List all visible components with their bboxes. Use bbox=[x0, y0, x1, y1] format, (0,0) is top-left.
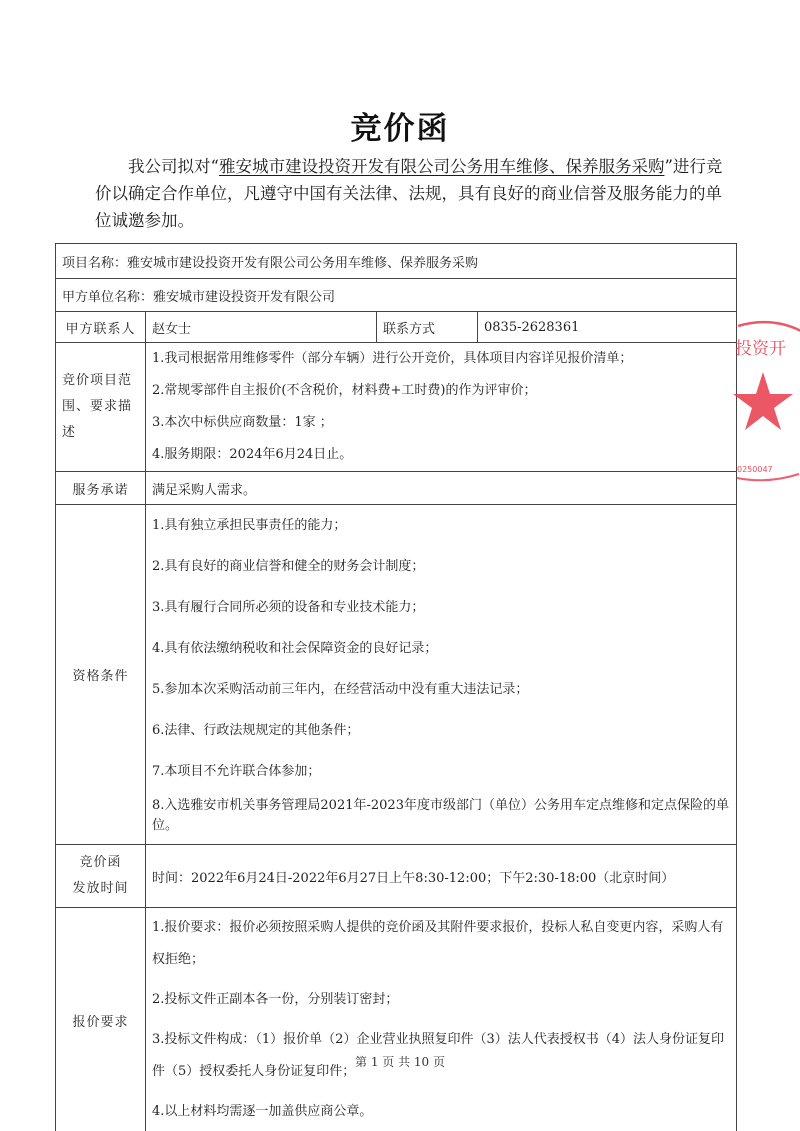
document-title: 竞价函 bbox=[0, 103, 800, 148]
qualification-item: 4.具有依法缴纳税收和社会保障资金的良好记录； bbox=[152, 628, 730, 669]
svg-text:投资开: 投资开 bbox=[735, 338, 786, 359]
scope-label: 竞价项目范围、要求描述 bbox=[56, 343, 146, 472]
scope-item: 3.本次中标供应商数量：1家 ； bbox=[152, 407, 730, 439]
issue-time-label: 竞价函 发放时间 bbox=[56, 845, 146, 908]
qualification-label: 资格条件 bbox=[56, 505, 146, 845]
service-value: 满足采购人需求。 bbox=[146, 472, 737, 505]
scope-item: 2.常规零部件自主报价(不含税价，材料费+工时费)的作为评审价； bbox=[152, 375, 730, 407]
intro-project-name: 雅安城市建设投资开发有限公司公务用车维修、保养服务采购 bbox=[219, 157, 665, 176]
quote-requirement-item: 2.投标文件正副本各一份，分别装订密封； bbox=[152, 980, 730, 1020]
qualification-item: 7.本项目不允许联合体参加； bbox=[152, 751, 730, 792]
qualification-item: 6.法律、行政法规规定的其他条件； bbox=[152, 710, 730, 751]
seal-star-icon: 投资开 0250047 bbox=[733, 312, 800, 482]
phone-value: 0835-2628361 bbox=[478, 312, 737, 343]
page-number-footer: 第 1 页 共 10 页 bbox=[0, 1053, 800, 1070]
issue-time-label-line2: 发放时间 bbox=[62, 876, 139, 902]
contact-label: 甲方联系人 bbox=[56, 312, 146, 343]
quote-requirement-item: 1.报价要求：报价必须按照采购人提供的竞价函及其附件要求报价，投标人私自变更内容… bbox=[152, 908, 730, 980]
qualification-item: 5.参加本次采购活动前三年内，在经营活动中没有重大违法记录； bbox=[152, 669, 730, 710]
quote-requirements-label: 报价要求 bbox=[56, 908, 146, 1131]
svg-text:0250047: 0250047 bbox=[737, 465, 773, 474]
scope-item: 4.服务期限：2024年6月24日止。 bbox=[152, 439, 730, 471]
qualification-items: 1.具有独立承担民事责任的能力； 2.具有良好的商业信誉和健全的财务会计制度； … bbox=[146, 505, 737, 845]
qualification-item: 1.具有独立承担民事责任的能力； bbox=[152, 505, 730, 546]
intro-paragraph: 我公司拟对“雅安城市建设投资开发有限公司公务用车维修、保养服务采购”进行竞价以确… bbox=[95, 153, 725, 234]
party-a-name-cell: 甲方单位名称：雅安城市建设投资开发有限公司 bbox=[56, 279, 737, 312]
qualification-item: 3.具有履行合同所必须的设备和专业技术能力； bbox=[152, 587, 730, 628]
contact-value: 赵女士 bbox=[146, 312, 377, 343]
service-label: 服务承诺 bbox=[56, 472, 146, 505]
scope-items: 1.我司根据常用维修零件（部分车辆）进行公开竞价，具体项目内容详见报价清单； 2… bbox=[146, 343, 737, 472]
quote-requirements-items: 1.报价要求：报价必须按照采购人提供的竞价函及其附件要求报价，投标人私自变更内容… bbox=[146, 908, 737, 1131]
issue-time-label-line1: 竞价函 bbox=[62, 850, 139, 876]
bidding-info-table: 项目名称：雅安城市建设投资开发有限公司公务用车维修、保养服务采购 甲方单位名称：… bbox=[55, 243, 737, 1131]
scope-item: 1.我司根据常用维修零件（部分车辆）进行公开竞价，具体项目内容详见报价清单； bbox=[152, 343, 730, 375]
qualification-item: 2.具有良好的商业信誉和健全的财务会计制度； bbox=[152, 546, 730, 587]
company-seal-stamp: 投资开 0250047 bbox=[733, 312, 800, 482]
intro-prefix: 我公司拟对“ bbox=[128, 157, 219, 176]
quote-requirement-item: 4.以上材料均需逐一加盖供应商公章。 bbox=[152, 1092, 730, 1131]
qualification-item: 8.入选雅安市机关事务管理局2021年-2023年度市级部门（单位）公务用车定点… bbox=[152, 792, 730, 844]
issue-time-value: 时间：2022年6月24日-2022年6月27日上午8:30-12:00；下午2… bbox=[146, 845, 737, 908]
phone-label: 联系方式 bbox=[377, 312, 478, 343]
project-name-cell: 项目名称：雅安城市建设投资开发有限公司公务用车维修、保养服务采购 bbox=[56, 244, 737, 279]
